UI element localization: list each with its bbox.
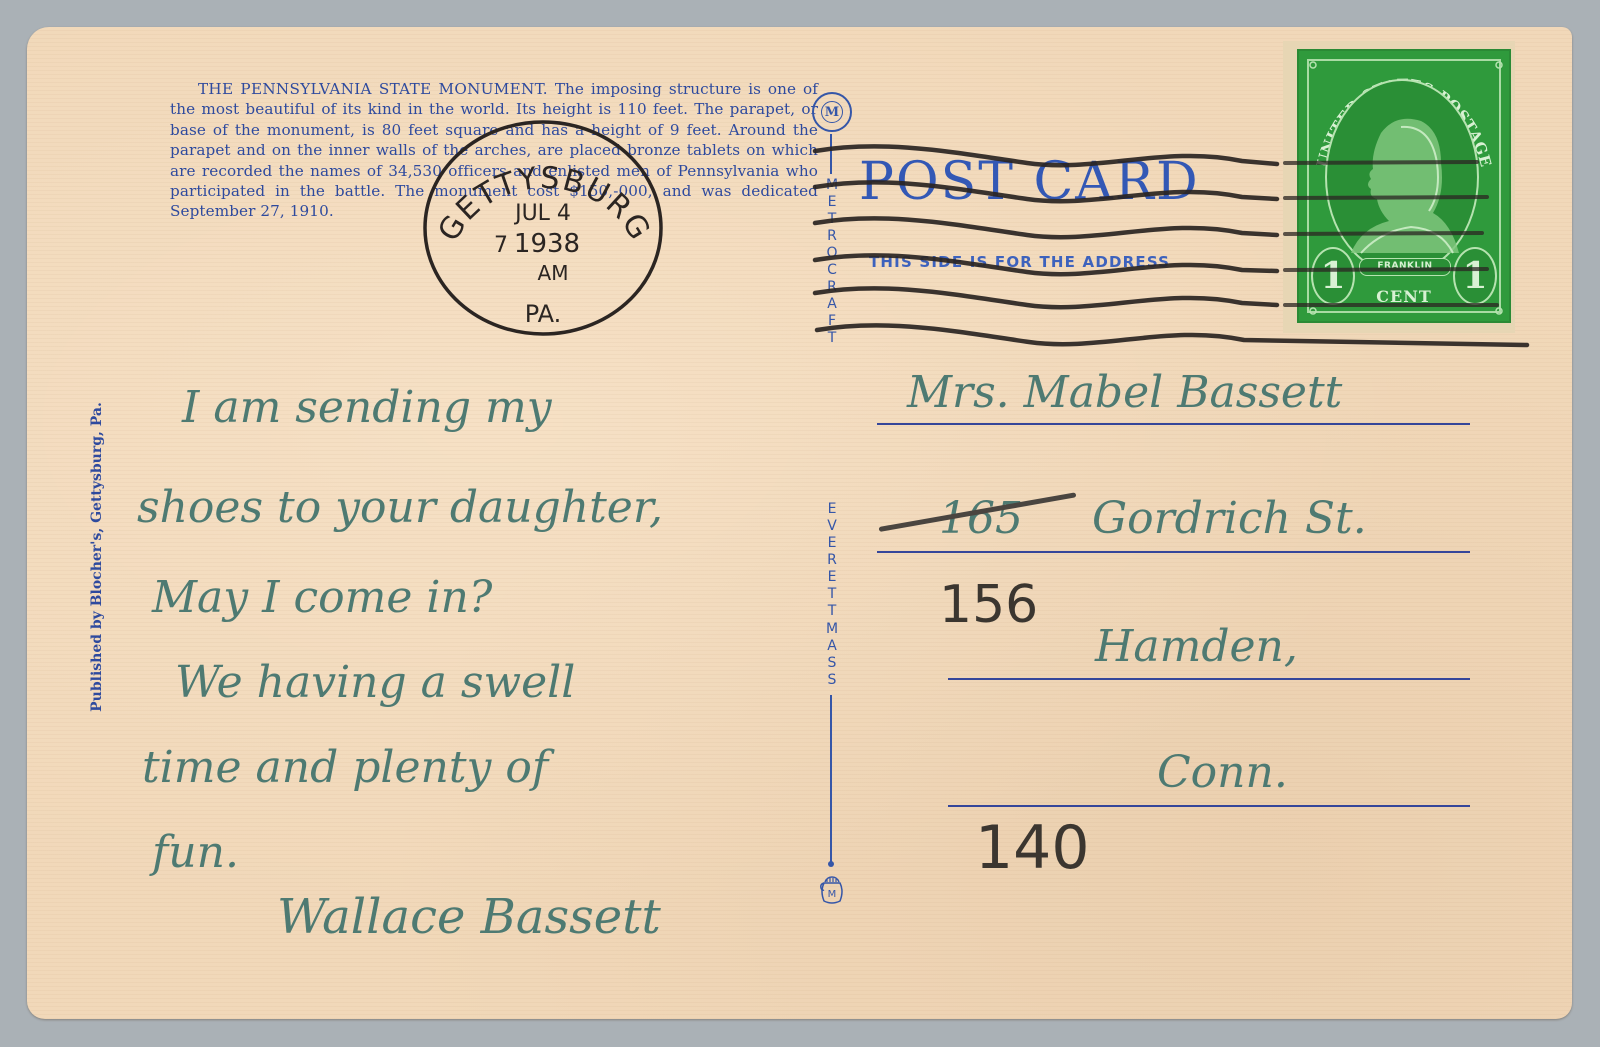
svg-text:JUL 4: JUL 4: [513, 201, 571, 226]
svg-text:1938: 1938: [514, 229, 580, 259]
svg-text:PA.: PA.: [525, 300, 562, 328]
postmark-cancellation: GETTYSBURG JUL 4 7 1938 AM PA.: [27, 27, 1572, 1019]
svg-text:7: 7: [494, 233, 508, 258]
postcard: THE PENNSYLVANIA STATE MONUMENT. The imp…: [27, 27, 1572, 1019]
svg-text:AM: AM: [538, 261, 569, 285]
